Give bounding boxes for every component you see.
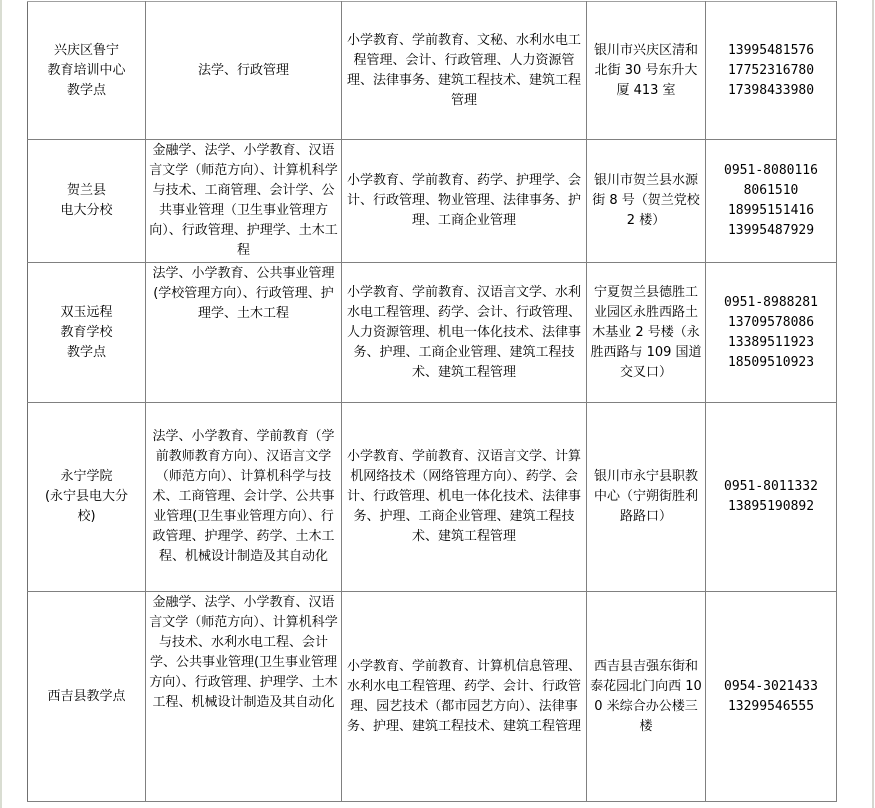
center-name-line: 电大分校 [31, 201, 142, 221]
study-centers-table: 兴庆区鲁宁 教育培训中心 教学点 法学、行政管理 小学教育、学前教育、文秘、水利… [27, 1, 837, 802]
undergraduate-majors-cell: 金融学、法学、小学教育、汉语言文学（师范方向）、计算机科学与技术、水利水电工程、… [146, 592, 342, 802]
phone-number: 13389511923 [709, 333, 833, 353]
phone-number: 0951-8011332 [709, 477, 833, 497]
center-name-cell: 兴庆区鲁宁 教育培训中心 教学点 [28, 2, 146, 140]
address-cell: 宁夏贺兰县德胜工业园区永胜西路土木基业 2 号楼（永胜西路与 109 国道交叉口… [587, 263, 706, 403]
center-name-cell: 西吉县教学点 [28, 592, 146, 802]
page-right-edge [872, 0, 874, 808]
center-name-line: 贺兰县 [31, 181, 142, 201]
center-name-line: 教育学校 [31, 323, 142, 343]
center-name-line: 双玉远程 [31, 303, 142, 323]
phone-cell: 0951-8080116 8061510 18995151416 1399548… [706, 140, 837, 263]
junior-college-majors-cell: 小学教育、学前教育、汉语言文学、计算机网络技术（网络管理方向）、药学、会计、行政… [342, 403, 587, 592]
phone-number: 0951-8080116 [709, 161, 833, 181]
center-name-line: 教育培训中心 [31, 61, 142, 81]
undergraduate-majors-cell: 法学、行政管理 [146, 2, 342, 140]
center-name-line: 永宁学院 [31, 467, 142, 487]
undergraduate-majors-cell: 法学、小学教育、学前教育（学前教师教育方向）、汉语言文学（师范方向）、计算机科学… [146, 403, 342, 592]
phone-number: 8061510 [709, 181, 833, 201]
junior-college-majors-cell: 小学教育、学前教育、药学、护理学、会计、行政管理、物业管理、法律事务、护理、工商… [342, 140, 587, 263]
table-row: 兴庆区鲁宁 教育培训中心 教学点 法学、行政管理 小学教育、学前教育、文秘、水利… [28, 2, 837, 140]
phone-number: 0954-3021433 [709, 677, 833, 697]
address-cell: 银川市兴庆区清和北街 30 号东升大厦 413 室 [587, 2, 706, 140]
phone-number: 13299546555 [709, 697, 833, 717]
junior-college-majors-cell: 小学教育、学前教育、汉语言文学、水利水电工程管理、药学、会计、行政管理、人力资源… [342, 263, 587, 403]
phone-number: 0951-8988281 [709, 293, 833, 313]
address-cell: 西吉县吉强东街和泰花园北门向西 100 米综合办公楼三楼 [587, 592, 706, 802]
page-left-edge [0, 0, 2, 808]
center-name-line: 教学点 [31, 81, 142, 101]
center-name-line: 兴庆区鲁宁 [31, 41, 142, 61]
address-cell: 银川市永宁县职教中心（宁朔街胜利路路口） [587, 403, 706, 592]
center-name-cell: 永宁学院 (永宁县电大分 校) [28, 403, 146, 592]
center-name-line: (永宁县电大分 [31, 487, 142, 507]
table-row: 永宁学院 (永宁县电大分 校) 法学、小学教育、学前教育（学前教师教育方向）、汉… [28, 403, 837, 592]
center-name-line: 校) [31, 507, 142, 527]
phone-cell: 13995481576 17752316780 17398433980 [706, 2, 837, 140]
center-name-line: 教学点 [31, 343, 142, 363]
undergraduate-majors-cell: 法学、小学教育、公共事业管理(学校管理方向）、行政管理、护理学、土木工程 [146, 263, 342, 403]
center-name-cell: 贺兰县 电大分校 [28, 140, 146, 263]
table-row: 西吉县教学点 金融学、法学、小学教育、汉语言文学（师范方向）、计算机科学与技术、… [28, 592, 837, 802]
phone-cell: 0951-8011332 13895190892 [706, 403, 837, 592]
phone-number: 13709578086 [709, 313, 833, 333]
table-row: 贺兰县 电大分校 金融学、法学、小学教育、汉语言文学（师范方向）、计算机科学与技… [28, 140, 837, 263]
address-cell: 银川市贺兰县水源街 8 号（贺兰党校 2 楼） [587, 140, 706, 263]
table-row: 双玉远程 教育学校 教学点 法学、小学教育、公共事业管理(学校管理方向）、行政管… [28, 263, 837, 403]
phone-number: 13895190892 [709, 497, 833, 517]
phone-number: 13995481576 [709, 41, 833, 61]
phone-number: 18995151416 [709, 201, 833, 221]
phone-cell: 0951-8988281 13709578086 13389511923 185… [706, 263, 837, 403]
phone-number: 17398433980 [709, 81, 833, 101]
phone-number: 18509510923 [709, 353, 833, 373]
phone-number: 17752316780 [709, 61, 833, 81]
junior-college-majors-cell: 小学教育、学前教育、文秘、水利水电工程管理、会计、行政管理、人力资源管理、法律事… [342, 2, 587, 140]
center-name-line: 西吉县教学点 [31, 687, 142, 707]
undergraduate-majors-cell: 金融学、法学、小学教育、汉语言文学（师范方向）、计算机科学与技术、工商管理、会计… [146, 140, 342, 263]
junior-college-majors-cell: 小学教育、学前教育、计算机信息管理、水利水电工程管理、药学、会计、行政管理、园艺… [342, 592, 587, 802]
center-name-cell: 双玉远程 教育学校 教学点 [28, 263, 146, 403]
phone-cell: 0954-3021433 13299546555 [706, 592, 837, 802]
phone-number: 13995487929 [709, 221, 833, 241]
